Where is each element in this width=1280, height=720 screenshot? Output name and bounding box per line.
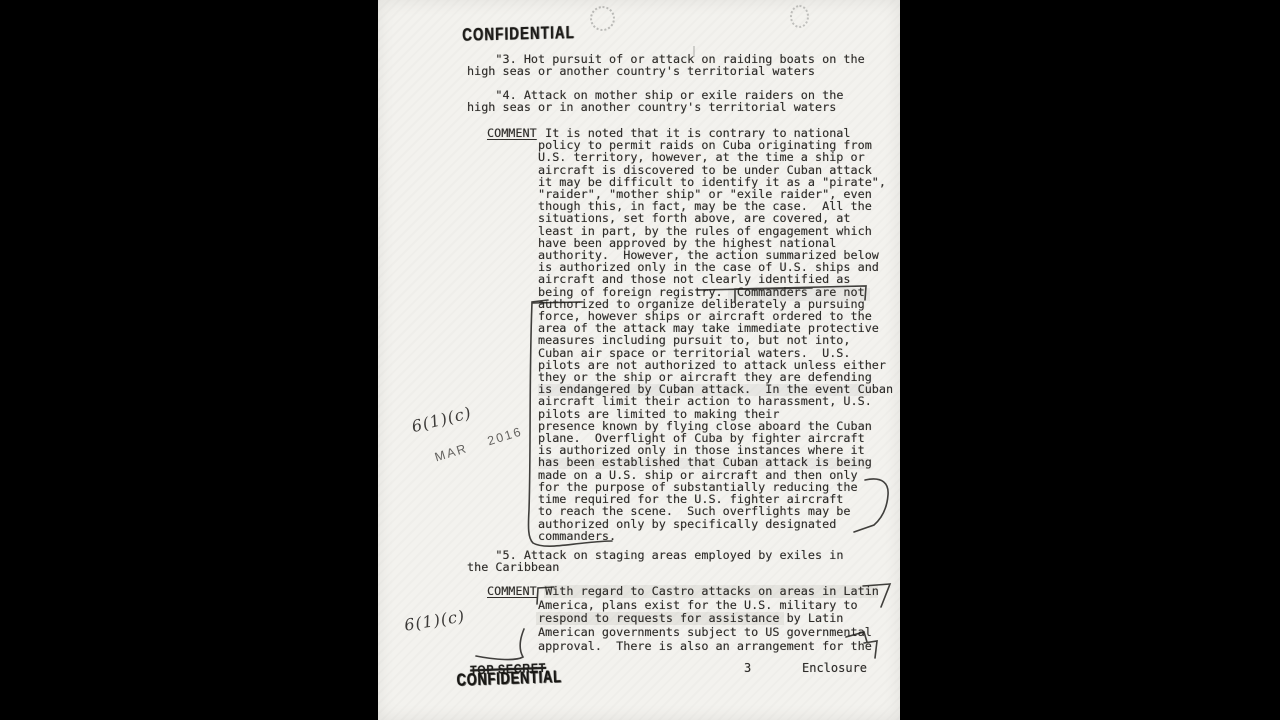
comment-body-2: With regard to Castro attacks on areas i… (538, 585, 879, 654)
comment-body-1: It is noted that it is contrary to natio… (538, 127, 893, 542)
date-stamp: MAR 2016 (433, 424, 524, 464)
enclosure-label: Enclosure (802, 662, 867, 674)
confidential-stamp-top: CONFIDENTIAL (462, 22, 575, 46)
paragraph-item-3: "3. Hot pursuit of or attack on raiding … (467, 53, 865, 77)
comment-label: COMMENT (487, 127, 537, 139)
page-number: 3 (744, 662, 751, 674)
screenshot-stage: CONFIDENTIAL "3. Hot pursuit of or attac… (0, 0, 1280, 720)
exemption-code-annotation: 6(1)(c) (410, 403, 474, 436)
paragraph-item-4: "4. Attack on mother ship or exile raide… (467, 89, 843, 113)
classification-stamp-bottom: TOP SECRET CONFIDENTIAL (456, 659, 592, 697)
staple-mark-icon (790, 5, 809, 28)
confidential-stamp-bottom: CONFIDENTIAL (456, 667, 562, 691)
comment-label: COMMENT (487, 585, 537, 597)
exemption-code-annotation: 6(1)(c) (403, 606, 467, 634)
staple-mark-icon (590, 6, 615, 31)
document-page: CONFIDENTIAL "3. Hot pursuit of or attac… (378, 0, 900, 720)
paragraph-item-5: "5. Attack on staging areas employed by … (467, 549, 843, 573)
